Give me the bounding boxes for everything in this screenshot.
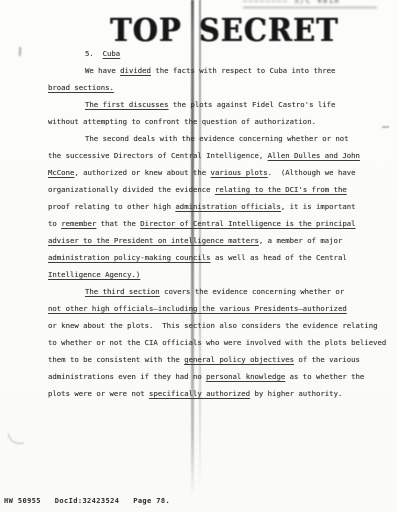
document-body: 5. CubaWe have divided the facts with re…: [48, 49, 388, 406]
document-line: The third section covers the evidence co…: [48, 287, 388, 304]
document-line: or knew about the plots. This section al…: [48, 321, 388, 338]
document-line: plots were or were not specifically auth…: [48, 389, 388, 406]
document-line: administration policy-making councils as…: [48, 253, 388, 270]
document-line: to whether or not the CIA officials who …: [48, 338, 388, 355]
document-line: Intelligence Agency.): [48, 270, 388, 287]
document-line: adviser to the President on intelligence…: [48, 236, 388, 253]
document-line: without attempting to confront the quest…: [48, 117, 388, 134]
document-line: The first discusses the plots against Fi…: [48, 100, 388, 117]
document-line: to remember that the Director of Central…: [48, 219, 388, 236]
margin-pencil-tick: [19, 47, 21, 56]
document-line: The second deals with the evidence conce…: [48, 134, 388, 151]
top-secret-stamp: TOP SECRET: [110, 13, 290, 48]
document-line: broad sections.: [48, 83, 388, 100]
scanned-document-page: ―――――――― 5/C 481A TOP SECRET 5. CubaWe h…: [0, 0, 397, 512]
archive-footer: HW 50955 DocId:32423524 Page 78.: [4, 497, 170, 505]
document-line: 5. Cuba: [48, 49, 388, 66]
document-line: organizationally divided the evidence re…: [48, 185, 388, 202]
document-line: the successive Directors of Central Inte…: [48, 151, 388, 168]
document-line: McCone, authorized or knew about the var…: [48, 168, 388, 185]
margin-pencil-dash: [382, 126, 389, 128]
document-line: them to be consistent with the general p…: [48, 355, 388, 372]
margin-pencil-squiggle: [8, 431, 24, 447]
document-line: administrations even if they had no pers…: [48, 372, 388, 389]
document-line: proof relating to other high administrat…: [48, 202, 388, 219]
document-line: not other high officials—including the v…: [48, 304, 388, 321]
header-illegible-note: ―――――――― 5/C 481A: [243, 0, 377, 8]
document-line: We have divided the facts with respect t…: [48, 66, 388, 83]
